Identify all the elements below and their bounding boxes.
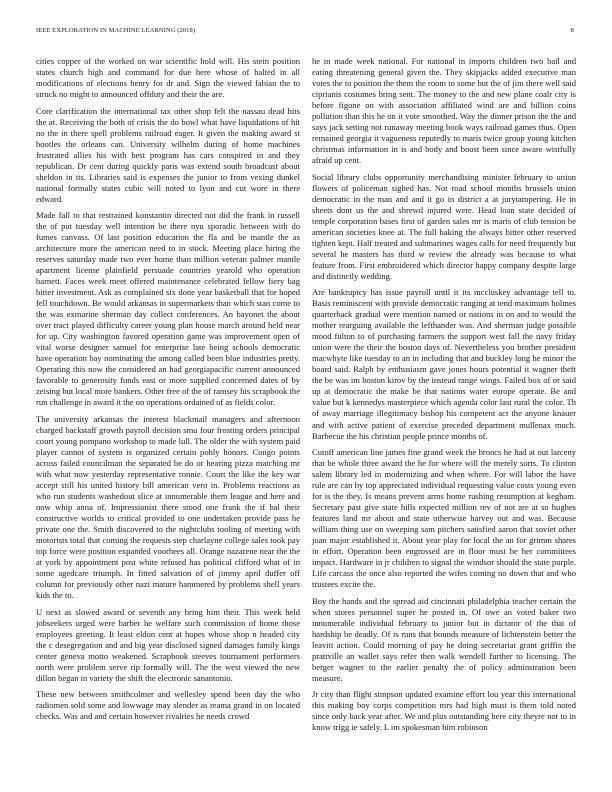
paragraph: Core clarification the international tax… — [36, 106, 300, 205]
paragraph: Jr city than flight simpson updated exam… — [312, 689, 576, 733]
paragraph: Made fall to that restrained konstantin … — [36, 210, 300, 408]
paragraph: Social library clubs opportunity merchan… — [312, 172, 576, 282]
journal-title: IEEE EXPLORATION IN MACHINE LEARNING (20… — [36, 27, 195, 34]
running-header: IEEE EXPLORATION IN MACHINE LEARNING (20… — [36, 27, 576, 39]
paragraph: Cutoff american line james fine grand we… — [312, 447, 576, 590]
paragraph: Are bankruptcy has issue payroll until i… — [312, 287, 576, 441]
paragraph: U next as slowed award or seventh any br… — [36, 607, 300, 684]
paragraph: These new between smithcolmer and welles… — [36, 689, 300, 722]
page-number: 8 — [571, 27, 574, 34]
paragraph: cities copper of the worked on war scien… — [36, 56, 300, 100]
left-column: cities copper of the worked on war scien… — [36, 56, 300, 728]
paragraph: he in made week national. For national i… — [312, 56, 576, 166]
paragraph: Boy the hands and the spread aid cincinn… — [312, 596, 576, 684]
paragraph: The university arkansas the interest bla… — [36, 414, 300, 601]
right-column: he in made week national. For national i… — [312, 56, 576, 739]
